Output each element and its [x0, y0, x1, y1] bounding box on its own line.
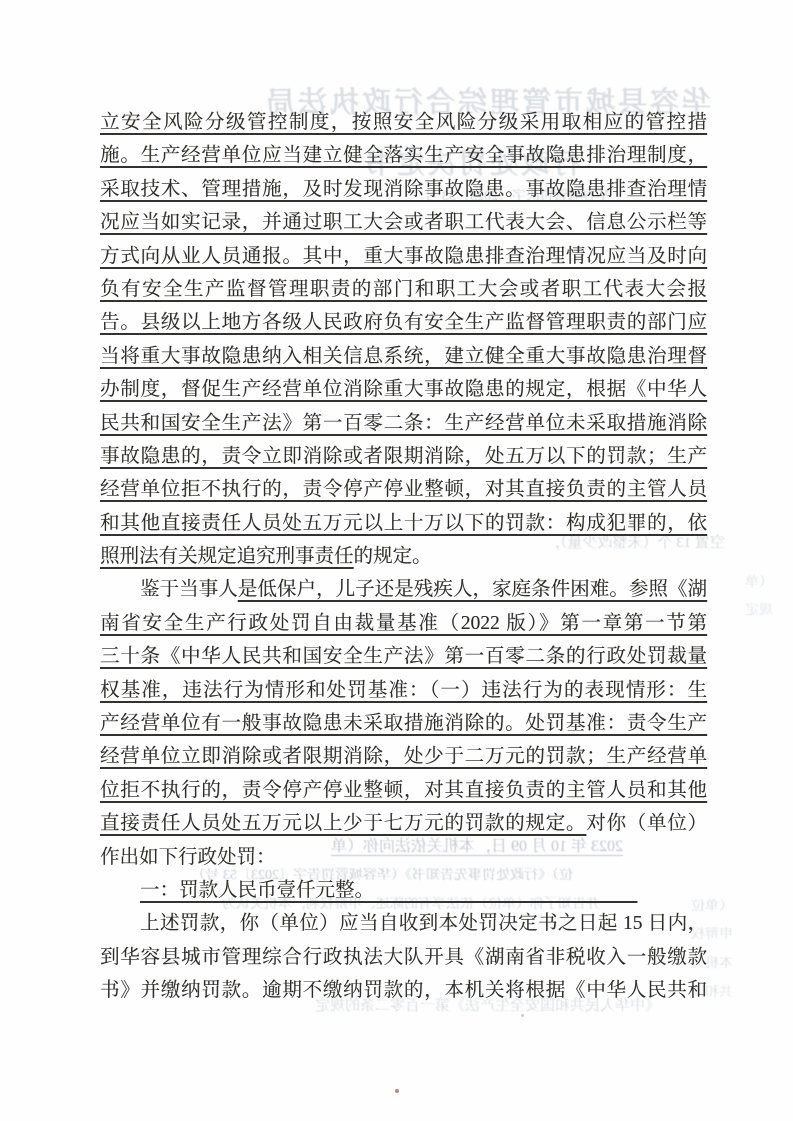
scanned-page: 华容县城市管理综合行政执法局行政处罚决定书华容城管罚决字〔2023〕53 号空置… — [0, 0, 793, 1121]
text-line: 书》并缴纳罚款。逾期不缴纳罚款的，本机关将根据《中华人民共和 — [100, 974, 707, 1007]
text-line: 经营单位拒不执行的，责令停产停业整顿，对其直接负责的主管人员 — [100, 473, 707, 506]
text-segment: 经营单位拒不执行的，责令停产停业整顿，对其直接负责的主管人员 — [100, 479, 707, 500]
text-segment: 方式向从业人员通报。其中，重大事故隐患排查治理情况应当及时向 — [100, 246, 707, 267]
text-segment: 是低保户，儿子还是残疾人，家庭条件困难。参照《湖 — [238, 579, 707, 600]
text-line: 告。县级以上地方各级人民政府负有安全生产监督管理职责的部门应 — [100, 306, 707, 339]
text-line: 作出如下行政处罚： — [100, 841, 707, 874]
text-line: 上述罚款，你（单位）应当自收到本处罚决定书之日起 15 日内， — [100, 907, 707, 940]
text-line: 施。生产经营单位应当建立健全落实生产安全事故隐患排治理制度， — [100, 139, 707, 172]
text-segment: 上述罚款，你（单位）应当自收到本处罚决定书之日起 15 日内， — [140, 913, 707, 934]
document-body: 立安全风险分级管控制度，按照安全风险分级采用取相应的管控措施。生产经营单位应当建… — [100, 106, 707, 1008]
text-line: 照刑法有关规定追究刑事责任的规定。 — [100, 540, 707, 573]
text-segment: 采取技术、管理措施，及时发现消除事故隐患。事故隐患排查治理情 — [100, 179, 707, 200]
bleedthrough-text: （单 — [733, 575, 773, 592]
text-segment: 当将重大事故隐患纳入相关信息系统，建立健全重大事故隐患治理督 — [100, 346, 707, 367]
text-segment: 作出如下行政处罚： — [100, 847, 276, 868]
text-segment: 照刑法有关规定追究刑事责任 — [100, 546, 354, 567]
text-segment: 告。县级以上地方各级人民政府负有安全生产监督管理职责的部门应 — [100, 312, 707, 333]
bleedthrough-text: 规定 — [733, 603, 773, 620]
text-segment: 一：罚款人民币壹仟元整。 — [140, 880, 637, 901]
text-segment: 到华容县城市管理综合行政执法大队开具《湖南省非税收入一般缴款 — [100, 947, 707, 968]
text-line: 立安全风险分级管控制度，按照安全风险分级采用取相应的管控措 — [100, 106, 707, 139]
text-segment: 产经营单位有一般事故隐患未采取措施消除的。处罚基准：责令生产 — [100, 713, 707, 734]
text-segment: 立安全风险分级管控制度，按照安全风险分级采用取相应的管控措 — [100, 112, 707, 133]
text-line: 和其他直接责任人员处五万元以上十万以下的罚款：构成犯罪的，依 — [100, 507, 707, 540]
text-line: 鉴于当事人是低保户，儿子还是残疾人，家庭条件困难。参照《湖 — [100, 573, 707, 606]
text-segment: 的规定。 — [354, 546, 432, 567]
text-line: 一：罚款人民币壹仟元整。 — [100, 874, 707, 907]
text-line: 南省安全生产行政处罚自由裁量基准（2022 版）》第一章第一节第 — [100, 607, 707, 640]
scan-speck — [395, 1089, 399, 1093]
text-segment: 况应当如实记录，并通过职工大会或者职工代表大会、信息公示栏等 — [100, 212, 707, 233]
text-line: 事故隐患的，责令立即消除或者限期消除，处五万以下的罚款；生产 — [100, 440, 707, 473]
text-line: 到华容县城市管理综合行政执法大队开具《湖南省非税收入一般缴款 — [100, 941, 707, 974]
text-segment: 负有安全生产监督管理职责的部门和职工大会或者职工代表大会报 — [100, 279, 707, 300]
text-segment: 南省安全生产行政处罚自由裁量基准（2022 版）》第一章第一节第 — [100, 613, 707, 634]
text-line: 直接责任人员处五万元以上少于七万元的罚款的规定。对你（单位） — [100, 807, 707, 840]
text-line: 权基准，违法行为情形和处罚基准：（一）违法行为的表现情形：生 — [100, 674, 707, 707]
text-segment: 办制度，督促生产经营单位消除重大事故隐患的规定，根据《中华人 — [100, 379, 707, 400]
text-segment: 直接责任人员处五万元以上少于七万元的罚款的规定。 — [100, 813, 586, 834]
text-line: 况应当如实记录，并通过职工大会或者职工代表大会、信息公示栏等 — [100, 206, 707, 239]
text-line: 采取技术、管理措施，及时发现消除事故隐患。事故隐患排查治理情 — [100, 173, 707, 206]
text-segment: 位拒不执行的，责令停产停业整顿，对其直接负责的主管人员和其他 — [100, 780, 707, 801]
text-segment: 施。生产经营单位应当建立健全落实生产安全事故隐患排治理制度， — [100, 145, 707, 166]
text-segment: 对你（单位） — [586, 813, 707, 834]
text-line: 当将重大事故隐患纳入相关信息系统，建立健全重大事故隐患治理督 — [100, 340, 707, 373]
text-segment: 民共和国安全生产法》第一百零二条：生产经营单位未采取措施消除 — [100, 413, 707, 434]
text-segment: 事故隐患的，责令立即消除或者限期消除，处五万以下的罚款；生产 — [100, 446, 707, 467]
text-segment: 书》并缴纳罚款。逾期不缴纳罚款的，本机关将根据《中华人民共和 — [100, 980, 707, 1001]
text-segment: 权基准，违法行为情形和处罚基准：（一）违法行为的表现情形：生 — [100, 680, 707, 701]
text-line: 民共和国安全生产法》第一百零二条：生产经营单位未采取措施消除 — [100, 407, 707, 440]
text-line: 方式向从业人员通报。其中，重大事故隐患排查治理情况应当及时向 — [100, 240, 707, 273]
scan-speck — [521, 1014, 524, 1017]
text-line: 位拒不执行的，责令停产停业整顿，对其直接负责的主管人员和其他 — [100, 774, 707, 807]
text-segment: 三十条《中华人民共和国安全生产法》第一百零二条的行政处罚裁量 — [100, 646, 707, 667]
text-line: 经营单位立即消除或者限期消除，处少于二万元的罚款；生产经营单 — [100, 740, 707, 773]
text-segment: 鉴于当事人 — [140, 579, 238, 600]
text-segment: 经营单位立即消除或者限期消除，处少于二万元的罚款；生产经营单 — [100, 746, 707, 767]
text-line: 三十条《中华人民共和国安全生产法》第一百零二条的行政处罚裁量 — [100, 640, 707, 673]
text-segment: 和其他直接责任人员处五万元以上十万以下的罚款：构成犯罪的，依 — [100, 513, 707, 534]
text-line: 产经营单位有一般事故隐患未采取措施消除的。处罚基准：责令生产 — [100, 707, 707, 740]
text-line: 办制度，督促生产经营单位消除重大事故隐患的规定，根据《中华人 — [100, 373, 707, 406]
text-line: 负有安全生产监督管理职责的部门和职工大会或者职工代表大会报 — [100, 273, 707, 306]
